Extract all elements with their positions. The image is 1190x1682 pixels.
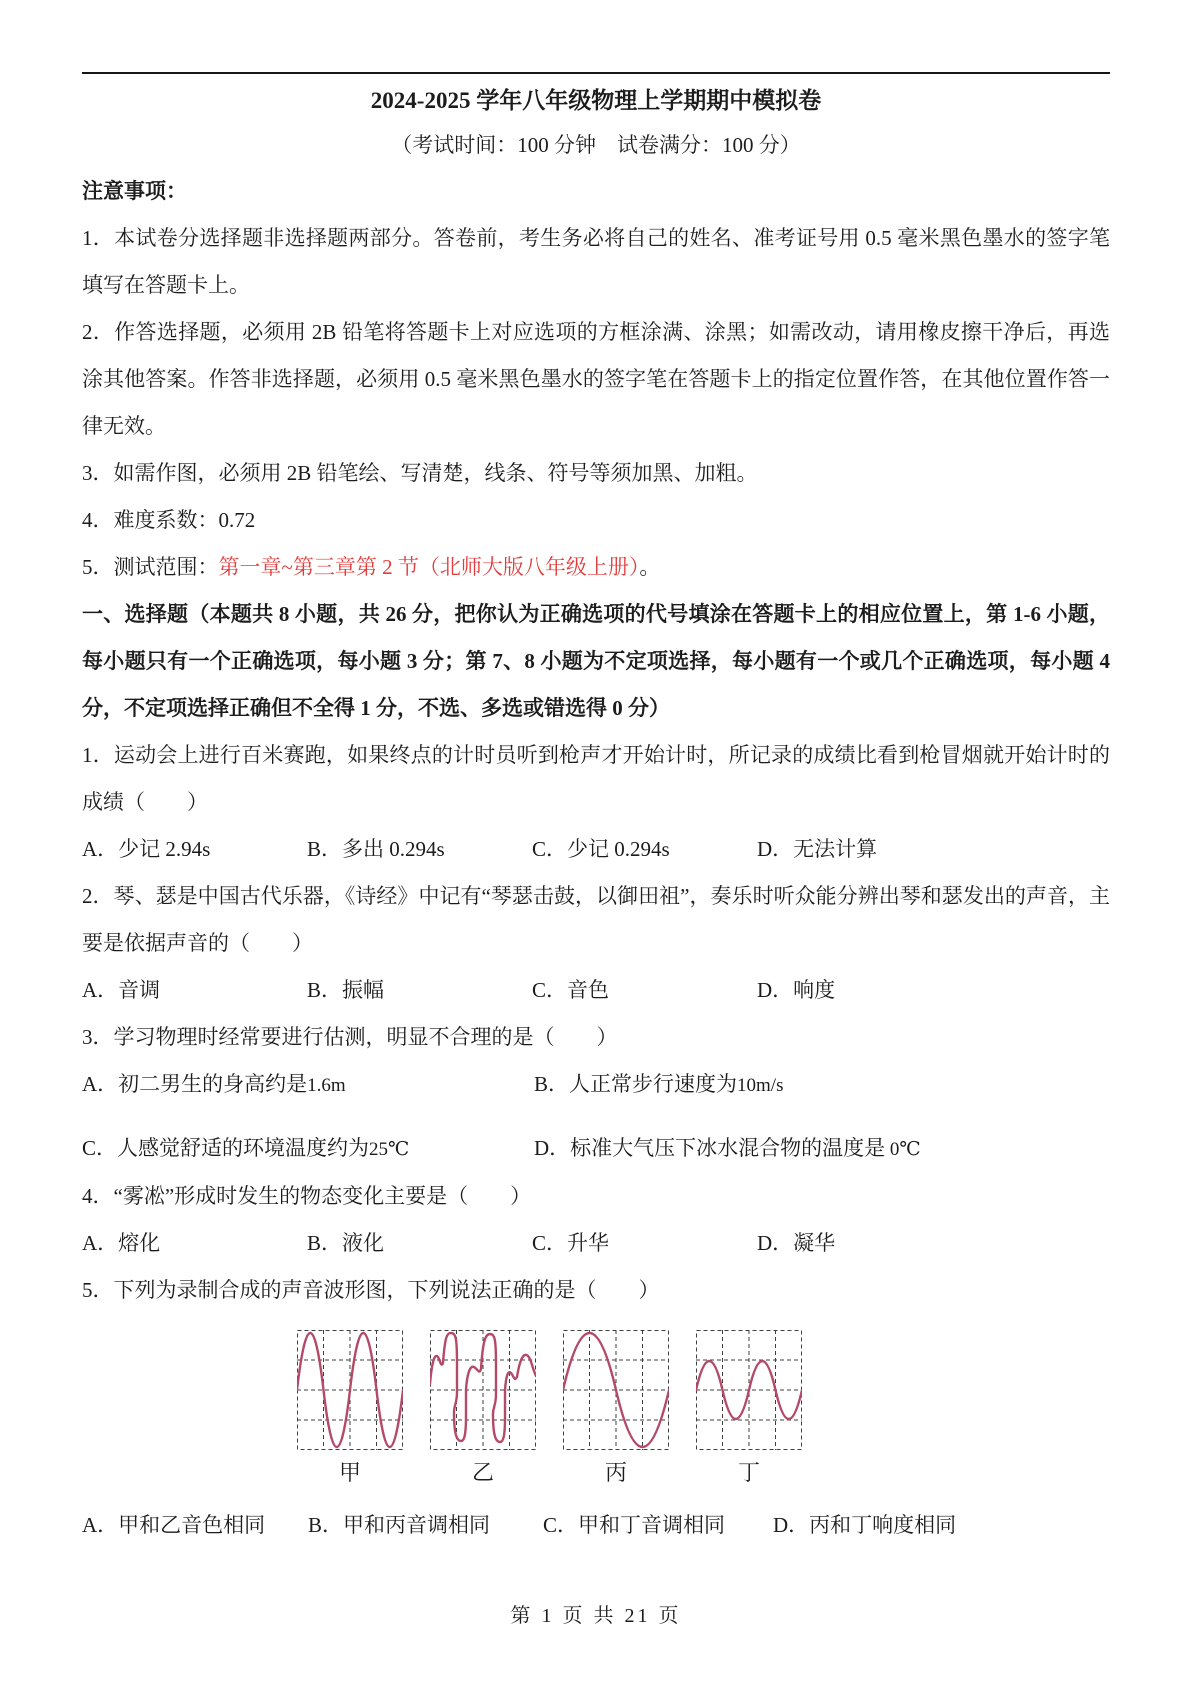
option-1d: D．无法计算 — [757, 826, 1110, 873]
option-1b: B．多出 0.294s — [307, 826, 532, 873]
option-3d-value: 0℃ — [885, 1139, 921, 1160]
waveform-label-jia: 甲 — [297, 1452, 403, 1494]
option-4b: B．液化 — [307, 1220, 532, 1267]
option-3b: B．人正常步行速度为10m/s — [534, 1061, 1110, 1109]
notice-item-3: 3．如需作图，必须用 2B 铅笔绘、写清楚，线条、符号等须加黑、加粗。 — [82, 450, 1110, 497]
option-4a: A．熔化 — [82, 1220, 307, 1267]
question-3-stem: 3．学习物理时经常要进行估测，明显不合理的是（ ） — [82, 1014, 1110, 1061]
exam-info: （考试时间：100 分钟 试卷满分：100 分） — [82, 122, 1110, 168]
option-2a: A．音调 — [82, 967, 307, 1014]
question-5-options: A．甲和乙音色相同 B．甲和丙音调相同 C．甲和丁音调相同 D．丙和丁响度相同 — [82, 1502, 1110, 1549]
waveform-panel-bing — [563, 1330, 669, 1450]
waveform-panel-yi — [430, 1330, 536, 1450]
page-number: 第 1 页 共 21 页 — [82, 1593, 1110, 1640]
option-3b-value: 10m/s — [737, 1075, 783, 1096]
notice-item-5-suffix: 。 — [639, 555, 660, 579]
exam-page: 2024-2025 学年八年级物理上学期期中模拟卷 （考试时间：100 分钟 试… — [0, 0, 1190, 1682]
question-5-stem: 5．下列为录制合成的声音波形图，下列说法正确的是（ ） — [82, 1267, 1110, 1314]
question-4-options: A．熔化 B．液化 C．升华 D．凝华 — [82, 1220, 1110, 1267]
option-2c: C．音色 — [532, 967, 757, 1014]
waveform-labels: 甲 乙 丙 丁 — [297, 1452, 1110, 1494]
option-3c: C．人感觉舒适的环境温度约为25℃ — [82, 1125, 534, 1173]
header-rule — [82, 72, 1110, 74]
option-2b: B．振幅 — [307, 967, 532, 1014]
waveform-panel-ding — [696, 1330, 802, 1450]
notice-item-5: 5．测试范围：第一章~第三章第 2 节（北师大版八年级上册）。 — [82, 544, 1110, 591]
notice-item-5-range: 第一章~第三章第 2 节（北师大版八年级上册） — [219, 555, 640, 579]
option-5b: B．甲和丙音调相同 — [308, 1502, 543, 1549]
option-5d: D．丙和丁响度相同 — [773, 1502, 1110, 1549]
option-1c: C．少记 0.294s — [532, 826, 757, 873]
question-3-options: A．初二男生的身高约是1.6m B．人正常步行速度为10m/s C．人感觉舒适的… — [82, 1061, 1110, 1173]
notice-item-4: 4．难度系数：0.72 — [82, 497, 1110, 544]
option-4d: D．凝华 — [757, 1220, 1110, 1267]
option-3a-value: 1.6m — [307, 1075, 346, 1096]
option-4c: C．升华 — [532, 1220, 757, 1267]
question-2-stem: 2．琴、瑟是中国古代乐器，《诗经》中记有“琴瑟击鼓，以御田祖”，奏乐时听众能分辨… — [82, 873, 1110, 967]
question-2-options: A．音调 B．振幅 C．音色 D．响度 — [82, 967, 1110, 1014]
notice-heading: 注意事项： — [82, 168, 1110, 215]
option-1a: A．少记 2.94s — [82, 826, 307, 873]
option-5c: C．甲和丁音调相同 — [543, 1502, 773, 1549]
option-5a: A．甲和乙音色相同 — [82, 1502, 308, 1549]
notice-item-2: 2．作答选择题，必须用 2B 铅笔将答题卡上对应选项的方框涂满、涂黑；如需改动，… — [82, 309, 1110, 450]
waveform-figure — [297, 1330, 1110, 1450]
option-3c-value: 25℃ — [369, 1139, 409, 1160]
waveform-panel-jia — [297, 1330, 403, 1450]
page-title: 2024-2025 学年八年级物理上学期期中模拟卷 — [82, 80, 1110, 122]
notice-item-1: 1．本试卷分选择题非选择题两部分。答卷前，考生务必将自己的姓名、准考证号用 0.… — [82, 215, 1110, 309]
waveform-label-bing: 丙 — [563, 1452, 669, 1494]
option-3a: A．初二男生的身高约是1.6m — [82, 1061, 534, 1109]
waveform-label-ding: 丁 — [696, 1452, 802, 1494]
option-3d: D．标准大气压下冰水混合物的温度是 0℃ — [534, 1125, 1110, 1173]
question-1-options: A．少记 2.94s B．多出 0.294s C．少记 0.294s D．无法计… — [82, 826, 1110, 873]
question-4-stem: 4．“雾凇”形成时发生的物态变化主要是（ ） — [82, 1173, 1110, 1220]
waveform-panels — [297, 1330, 1110, 1450]
waveform-label-yi: 乙 — [430, 1452, 536, 1494]
question-1-stem: 1．运动会上进行百米赛跑，如果终点的计时员听到枪声才开始计时，所记录的成绩比看到… — [82, 732, 1110, 826]
notice-item-5-prefix: 5．测试范围： — [82, 555, 219, 579]
section-1-heading: 一、选择题（本题共 8 小题，共 26 分，把你认为正确选项的代号填涂在答题卡上… — [82, 591, 1110, 732]
option-2d: D．响度 — [757, 967, 1110, 1014]
